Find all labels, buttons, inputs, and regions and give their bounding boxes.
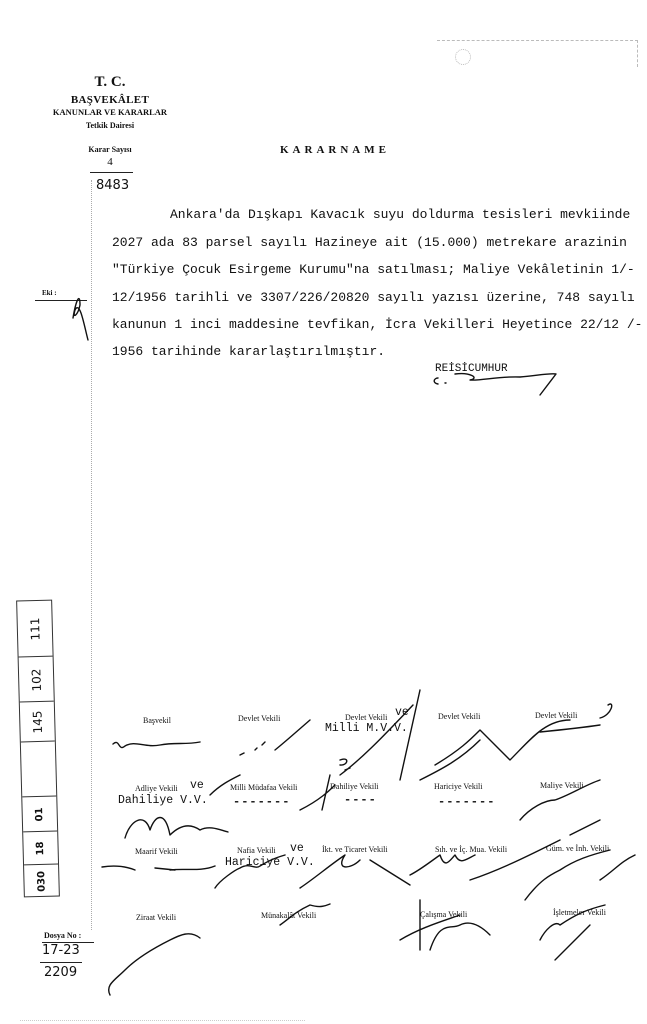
signatory-note: Hariciye V.V. <box>225 856 315 869</box>
signatory-note: Dahiliye V.V. <box>118 794 208 807</box>
state-heading: T. C. <box>40 74 180 91</box>
archive-cell <box>21 741 56 798</box>
signatory-note: ------- <box>233 795 290 809</box>
signatory-role: Devlet Vekili <box>345 713 387 722</box>
signatory-role: Devlet Vekili <box>535 711 577 720</box>
signatory-note: ---- <box>344 793 377 807</box>
signatory-role: Devlet Vekili <box>438 712 480 721</box>
signatory-role: İşletmeler Vekili <box>553 908 606 917</box>
divider <box>90 172 133 173</box>
faded-stamp <box>437 40 638 67</box>
body-line: "Türkiye Çocuk Esirgeme Kurumu"na satılm… <box>112 262 635 277</box>
signatory-role: Dahiliye Vekili <box>330 782 379 791</box>
document-title: KARARNAME <box>280 144 390 156</box>
signatory-note: ------- <box>438 795 495 809</box>
signatory-role: Münakalât Vekili <box>261 911 316 920</box>
archive-cell: 111 <box>17 601 52 657</box>
signatory-role: Maliye Vekili <box>540 781 584 790</box>
body-line: 2027 ada 83 parsel sayılı Hazineye ait (… <box>112 235 627 250</box>
archive-stamp: 111 102 145 01 18 030 <box>16 600 60 898</box>
signatory-role: Milli Müdafaa Vekili <box>230 783 297 792</box>
signatory-role: Devlet Vekili <box>238 714 280 723</box>
body-line: Ankara'da Dışkapı Kavacık suyu doldurma … <box>170 207 630 222</box>
department-name: KANUNLAR VE KARARLAR <box>34 107 186 117</box>
president-signature <box>434 374 556 395</box>
file-number-bottom: 2209 <box>44 965 77 980</box>
division-name: Tetkik Dairesi <box>40 121 180 130</box>
signatory-role: Sıh. ve İç. Mua. Vekili <box>435 845 507 854</box>
file-number-label: Dosya No : <box>44 931 81 940</box>
signatory-note: ve <box>290 842 304 855</box>
signatory-role: Maarif Vekili <box>135 847 178 856</box>
decision-number: 4 <box>40 156 180 168</box>
decision-number-label: Karar Sayısı <box>40 145 180 154</box>
signatory-role: Adliye Vekili <box>135 784 178 793</box>
president-title: REİSİCUMHUR <box>435 363 508 375</box>
attachment-label: Eki : <box>42 289 57 297</box>
signatory-note: ve <box>395 706 409 719</box>
file-number-top: 17-23 <box>42 943 80 958</box>
signatory-role: Nafia Vekili <box>237 846 276 855</box>
signatory-role: Hariciye Vekili <box>434 782 483 791</box>
scan-edge <box>20 1020 305 1021</box>
signatory-note: ve <box>190 779 204 792</box>
archive-cell: 18 <box>23 831 58 866</box>
archive-cell: 102 <box>19 656 54 703</box>
body-line: 1956 tarihinde kararlaştırılmıştır. <box>112 344 385 359</box>
signatory-role: Çalışma Vekili <box>420 910 467 919</box>
signatory-role: İkt. ve Ticaret Vekili <box>322 845 388 854</box>
signatory-note: Milli M.V.V. <box>325 722 408 735</box>
attachment-line <box>35 300 87 301</box>
margin-line <box>91 180 92 930</box>
archive-cell: 01 <box>22 796 57 833</box>
body-line: 12/1956 tarihli ve 3307/226/20820 sayılı… <box>112 290 635 305</box>
archive-cell: 030 <box>24 864 59 898</box>
handwritten-number: 8483 <box>96 178 129 193</box>
archive-cell: 145 <box>20 701 55 743</box>
office-name: BAŞVEKÂLET <box>40 94 180 106</box>
body-line: kanunun 1 inci maddesine tevfikan, İcra … <box>112 317 643 332</box>
initial-signature <box>73 299 88 340</box>
signatory-role: Başvekil <box>143 716 171 725</box>
divider <box>40 962 82 963</box>
signatory-role: Güm. ve İnh. Vekili <box>546 844 609 853</box>
seal-icon <box>455 49 471 65</box>
signatory-role: Ziraat Vekili <box>136 913 176 922</box>
